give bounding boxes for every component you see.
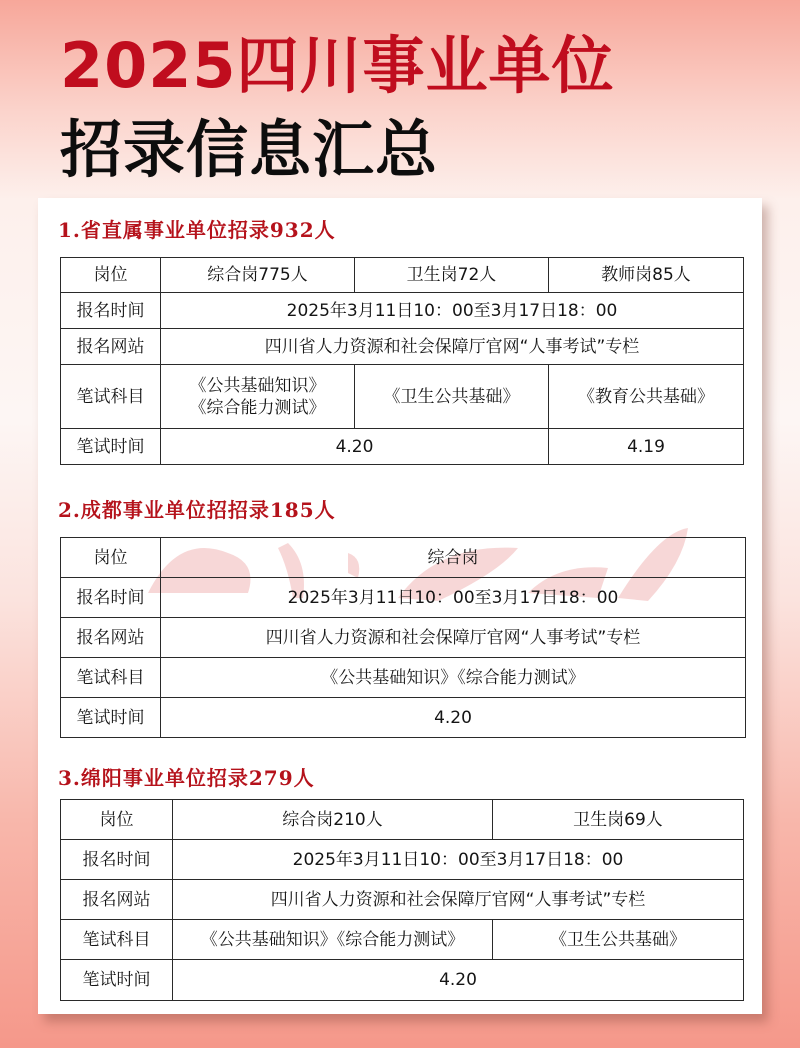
table-row-exam-time: 笔试时间 4.20 [61,698,746,738]
table-row-subjects: 笔试科目 《公共基础知识》 《综合能力测试》 《卫生公共基础》 《教育公共基础》 [61,365,744,429]
cell-subjects-general: 《公共基础知识》 《综合能力测试》 [161,365,355,429]
cell-reg-site: 四川省人力资源和社会保障厅官网“人事考试”专栏 [161,618,746,658]
info-card: 1.省直属事业单位招录932人 岗位 综合岗775人 卫生岗72人 教师岗85人… [38,198,762,1014]
cell-reg-site: 四川省人力资源和社会保障厅官网“人事考试”专栏 [161,329,744,365]
cell-position-teacher: 教师岗85人 [549,258,744,293]
cell-subjects-general: 《公共基础知识》《综合能力测试》 [173,920,493,960]
table-row-reg-site: 报名网站 四川省人力资源和社会保障厅官网“人事考试”专栏 [61,329,744,365]
section-heading-mianyang: 3.绵阳事业单位招录279人 [58,762,315,791]
cell-exam-time: 4.20 [161,698,746,738]
table-row-reg-site: 报名网站 四川省人力资源和社会保障厅官网“人事考试”专栏 [61,618,746,658]
table-row-reg-time: 报名时间 2025年3月11日10：00至3月17日18：00 [61,578,746,618]
table-row-position: 岗位 综合岗210人 卫生岗69人 [61,800,744,840]
row-label: 岗位 [61,258,161,293]
row-label: 报名时间 [61,840,173,880]
row-label: 岗位 [61,800,173,840]
table-row-reg-site: 报名网站 四川省人力资源和社会保障厅官网“人事考试”专栏 [61,880,744,920]
subject-line: 《公共基础知识》 [165,375,350,397]
cell-exam-time-general-health: 4.20 [161,429,549,465]
row-label: 报名网站 [61,618,161,658]
row-label: 报名时间 [61,578,161,618]
row-label: 笔试科目 [61,658,161,698]
row-label: 笔试时间 [61,698,161,738]
table-mianyang: 岗位 综合岗210人 卫生岗69人 报名时间 2025年3月11日10：00至3… [60,799,744,1001]
cell-subjects-health: 《卫生公共基础》 [493,920,744,960]
table-row-exam-time: 笔试时间 4.20 4.19 [61,429,744,465]
row-label: 笔试时间 [61,429,161,465]
subject-line: 《综合能力测试》 [165,397,350,419]
table-chengdu: 岗位 综合岗 报名时间 2025年3月11日10：00至3月17日18：00 报… [60,537,746,738]
table-provincial: 岗位 综合岗775人 卫生岗72人 教师岗85人 报名时间 2025年3月11日… [60,257,744,465]
cell-position-general: 综合岗 [161,538,746,578]
row-label: 报名时间 [61,293,161,329]
table-row-position: 岗位 综合岗 [61,538,746,578]
cell-exam-time: 4.20 [173,960,744,1001]
page-title-line2: 招录信息汇总 [60,110,438,190]
table-row-exam-time: 笔试时间 4.20 [61,960,744,1001]
cell-reg-time: 2025年3月11日10：00至3月17日18：00 [161,293,744,329]
cell-subjects-health: 《卫生公共基础》 [355,365,549,429]
table-row-reg-time: 报名时间 2025年3月11日10：00至3月17日18：00 [61,840,744,880]
cell-position-health: 卫生岗69人 [493,800,744,840]
section-heading-provincial: 1.省直属事业单位招录932人 [58,214,336,243]
cell-position-general: 综合岗775人 [161,258,355,293]
row-label: 报名网站 [61,329,161,365]
page-title-line1: 2025四川事业单位 [60,26,615,106]
table-row-position: 岗位 综合岗775人 卫生岗72人 教师岗85人 [61,258,744,293]
table-row-subjects: 笔试科目 《公共基础知识》《综合能力测试》 [61,658,746,698]
table-row-subjects: 笔试科目 《公共基础知识》《综合能力测试》 《卫生公共基础》 [61,920,744,960]
cell-subjects: 《公共基础知识》《综合能力测试》 [161,658,746,698]
cell-reg-site: 四川省人力资源和社会保障厅官网“人事考试”专栏 [173,880,744,920]
row-label: 笔试时间 [61,960,173,1001]
cell-position-health: 卫生岗72人 [355,258,549,293]
row-label: 岗位 [61,538,161,578]
table-row-reg-time: 报名时间 2025年3月11日10：00至3月17日18：00 [61,293,744,329]
cell-position-general: 综合岗210人 [173,800,493,840]
row-label: 报名网站 [61,880,173,920]
cell-reg-time: 2025年3月11日10：00至3月17日18：00 [161,578,746,618]
row-label: 笔试科目 [61,365,161,429]
row-label: 笔试科目 [61,920,173,960]
cell-subjects-teacher: 《教育公共基础》 [549,365,744,429]
cell-exam-time-teacher: 4.19 [549,429,744,465]
section-heading-chengdu: 2.成都事业单位招招录185人 [58,494,336,523]
cell-reg-time: 2025年3月11日10：00至3月17日18：00 [173,840,744,880]
